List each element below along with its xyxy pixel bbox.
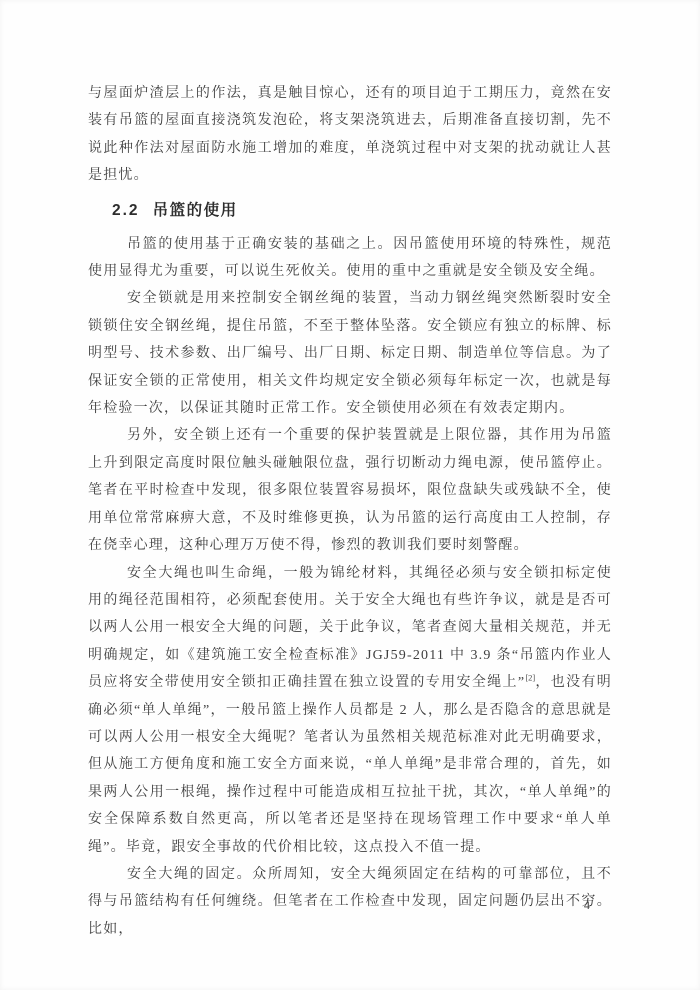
paragraph-usage-intro: 吊篮的使用基于正确安装的基础之上。因吊篮使用环境的特殊性，规范使用显得尤为重要，… <box>88 231 612 286</box>
continuation-paragraph: 与屋面炉渣层上的作法，真是触目惊心，还有的项目迫于工期压力，竟然在安装有吊篮的屋… <box>88 80 612 190</box>
heading-title: 吊篮的使用 <box>153 202 238 219</box>
document-page: 与屋面炉渣层上的作法，真是触目惊心，还有的项目迫于工期压力，竟然在安装有吊篮的屋… <box>0 0 700 990</box>
page-content: 与屋面炉渣层上的作法，真是触目惊心，还有的项目迫于工期压力，竟然在安装有吊篮的屋… <box>88 80 612 943</box>
paragraph-rope-fixing: 安全大绳的固定。众所周知，安全大绳须固定在结构的可靠部位，且不得与吊篮结构有任何… <box>88 861 612 943</box>
section-heading: 2.2吊篮的使用 <box>88 197 612 225</box>
footnote-ref-marker: [2] <box>525 672 535 682</box>
paragraph-safety-lock: 安全锁就是用来控制安全钢丝绳的装置，当动力钢丝绳突然断裂时安全锁锁住安全钢丝绳，… <box>88 285 612 422</box>
heading-number: 2.2 <box>112 202 140 219</box>
page-number: 4 <box>584 898 590 913</box>
paragraph-upper-limiter: 另外，安全锁上还有一个重要的保护装置就是上限位器，其作用为吊篮上升到限定高度时限… <box>88 422 612 559</box>
paragraph-safety-rope: 安全大绳也叫生命绳，一般为锦纶材料，其绳径必须与安全锁扣标定使用的绳径范围相符，… <box>88 560 612 861</box>
paragraph-safety-rope-text-after: ，也没有明确必须“单人单绳”，一般吊篮上操作人员都是 2 人，那么是否隐含的意思… <box>88 675 612 854</box>
